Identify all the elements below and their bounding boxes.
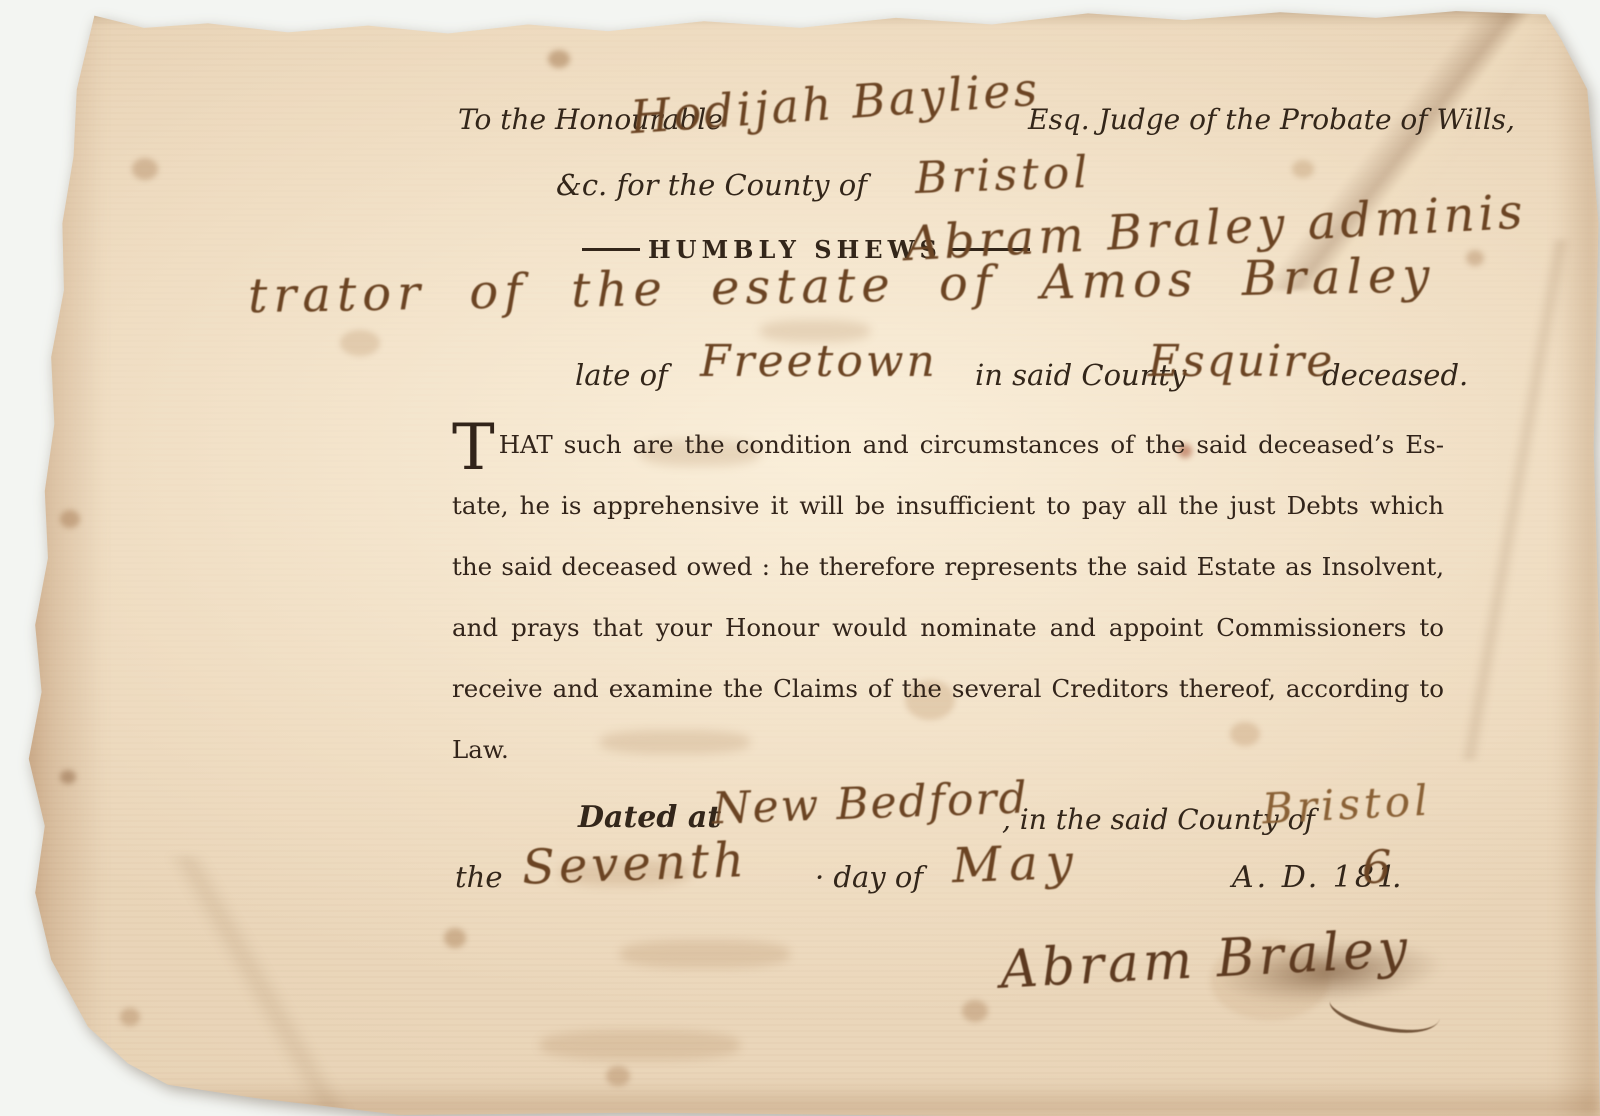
handwritten-month-may: May — [951, 834, 1082, 894]
body-line-2: tate, he is apprehensive it will be insu… — [452, 475, 1444, 536]
stain — [60, 510, 80, 528]
printed-period: . — [1392, 860, 1402, 895]
stain — [1292, 160, 1314, 178]
handwritten-judge-name: Hodijah Baylies — [629, 62, 1042, 144]
stain — [606, 1066, 630, 1086]
body-line-5: receive and examine the Claims of the se… — [452, 658, 1444, 719]
handwritten-esquire: Esquire — [1148, 336, 1334, 387]
stain — [340, 330, 380, 356]
stain — [1466, 250, 1484, 266]
stain — [444, 928, 466, 948]
printed-day-of: · day of — [815, 860, 923, 894]
aged-paper-sheet: To the Honourable Hodijah Baylies Esq. J… — [0, 0, 1600, 1116]
dropcap-T: T — [452, 411, 499, 485]
handwritten-town-freetown: Freetown — [700, 336, 938, 387]
crease-right — [1430, 240, 1600, 760]
stain — [60, 770, 76, 784]
stain — [120, 1008, 140, 1026]
torn-top-edge — [60, 0, 1600, 26]
bleedthrough-mark — [620, 940, 790, 968]
printed-late-of: late of — [575, 358, 668, 392]
rule-line — [582, 248, 640, 251]
handwritten-estate-line: trator of the estate of Amos Braley — [248, 248, 1436, 325]
body-line-4: and prays that your Honour would nominat… — [452, 597, 1444, 658]
handwritten-county-bristol-2: Bristol — [1261, 776, 1433, 834]
crease-bottom-left — [0, 856, 520, 1116]
document-page: To the Honourable Hodijah Baylies Esq. J… — [0, 0, 1600, 1116]
printed-judge-title: Esq. Judge of the Probate of Wills, — [1028, 103, 1515, 136]
printed-the: the — [455, 860, 503, 894]
bleedthrough-mark — [540, 1030, 740, 1060]
stain — [548, 50, 570, 68]
printed-deceased: deceased. — [1322, 358, 1468, 392]
body-line-1: THAT such are the condition and circumst… — [452, 414, 1444, 475]
body-line-3: the said deceased owed : he therefore re… — [452, 536, 1444, 597]
paper-shadow: To the Honourable Hodijah Baylies Esq. J… — [0, 0, 1600, 1116]
paper-right-edge — [1554, 0, 1600, 1116]
handwritten-county-bristol: Bristol — [914, 147, 1092, 204]
handwritten-place-new-bedford: New Bedford — [711, 772, 1029, 834]
printed-dated-at: Dated at — [578, 800, 721, 835]
petition-body: THAT such are the condition and circumst… — [452, 414, 1444, 780]
paper-bottom-edge — [0, 1082, 1600, 1116]
body-line-6: Law. — [452, 719, 1444, 780]
stain — [132, 158, 158, 180]
handwritten-year-digit-6: 6 — [1362, 840, 1391, 894]
torn-left-edge — [4, 0, 104, 1116]
printed-for-the-county-of: &c. for the County of — [556, 168, 867, 202]
stain — [962, 1000, 988, 1022]
handwritten-day-seventh: Seventh — [521, 832, 749, 896]
